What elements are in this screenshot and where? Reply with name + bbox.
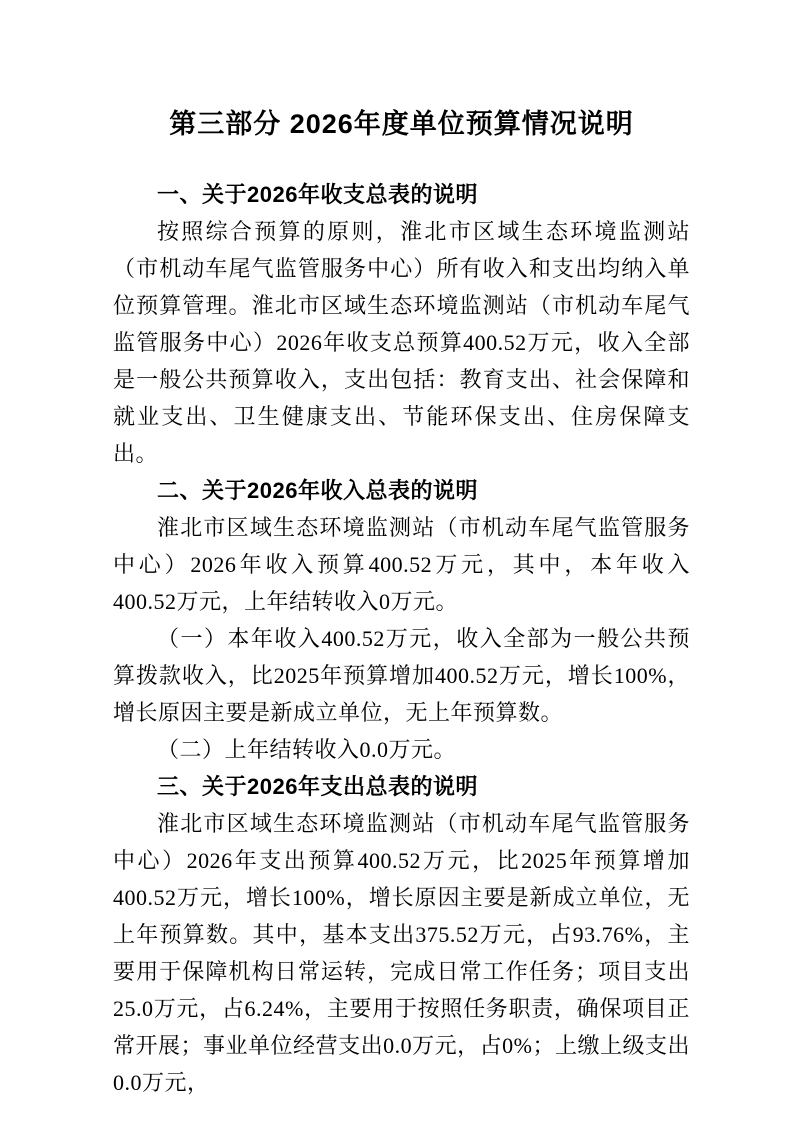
section-expenditure-summary: 三、关于2026年支出总表的说明 淮北市区域生态环境监测站（市机动车尾气监管服务… <box>113 768 690 1101</box>
section-budget-summary: 一、关于2026年收支总表的说明 按照综合预算的原则，淮北市区域生态环境监测站（… <box>113 176 690 472</box>
document-page: 第三部分 2026年度单位预算情况说明 一、关于2026年收支总表的说明 按照综… <box>0 0 793 1122</box>
document-title: 第三部分 2026年度单位预算情况说明 <box>113 103 690 145</box>
section-heading-budget-summary: 一、关于2026年收支总表的说明 <box>113 176 690 213</box>
paragraph: 淮北市区域生态环境监测站（市机动车尾气监管服务中心）2026年收入预算400.5… <box>113 509 690 620</box>
paragraph: （一）本年收入400.52万元，收入全部为一般公共预算拨款收入，比2025年预算… <box>113 620 690 731</box>
section-heading-income-summary: 二、关于2026年收入总表的说明 <box>113 472 690 509</box>
section-income-summary: 二、关于2026年收入总表的说明 淮北市区域生态环境监测站（市机动车尾气监管服务… <box>113 472 690 768</box>
section-heading-expenditure-summary: 三、关于2026年支出总表的说明 <box>113 768 690 805</box>
paragraph: 淮北市区域生态环境监测站（市机动车尾气监管服务中心）2026年支出预算400.5… <box>113 805 690 1101</box>
paragraph: 按照综合预算的原则，淮北市区域生态环境监测站（市机动车尾气监管服务中心）所有收入… <box>113 213 690 472</box>
paragraph: （二）上年结转收入0.0万元。 <box>113 731 690 768</box>
